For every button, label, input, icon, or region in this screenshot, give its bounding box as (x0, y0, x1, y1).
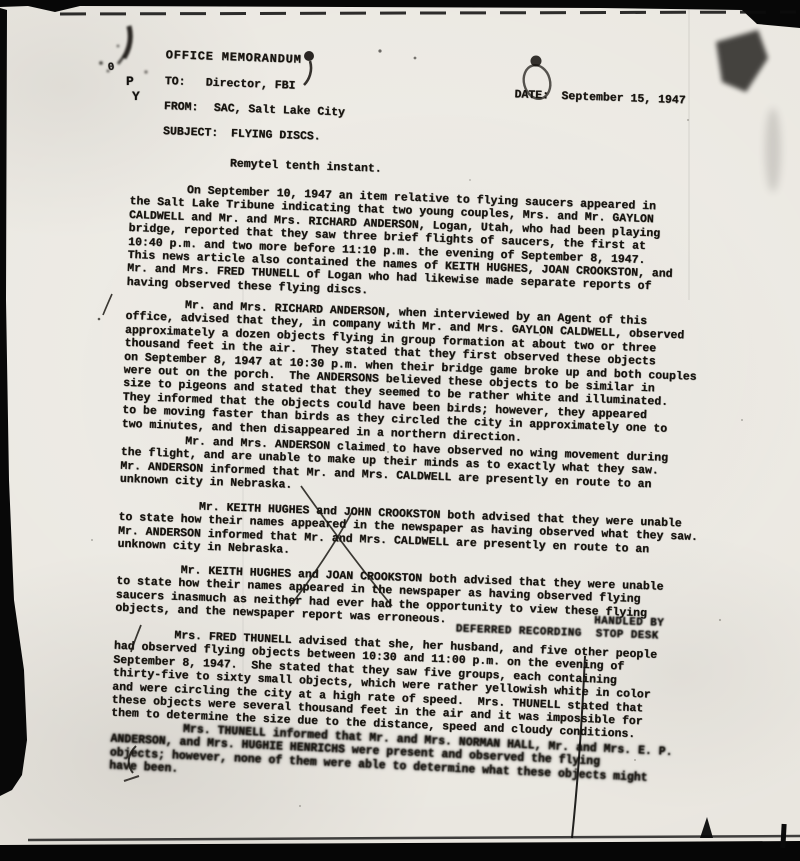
to-value: Director, FBI (206, 76, 296, 93)
date-label: DATE: (514, 88, 549, 103)
fbi-memo-scan: { "page": { "background_color": "#e9e6df… (0, 0, 800, 861)
subject-label: SUBJECT: (163, 125, 219, 140)
memo-paragraph-crossed-out: Mr. KEITH HUGHES and JOHN CROOKSTON both… (117, 498, 698, 572)
date-value: September 15, 1947 (561, 90, 686, 108)
to-label: TO: (165, 75, 186, 89)
reference-line: Remytel tenth instant. (230, 157, 382, 176)
from-value: SAC, Salt Lake City (214, 102, 346, 120)
copy-stamp-letter: Y (132, 89, 140, 104)
from-label: FROM: (164, 100, 199, 115)
copy-stamp-letter: 0 (107, 62, 115, 75)
memo-paragraph: Mr. KEITH HUGHES and JOAN CROOKSTON both… (115, 562, 664, 635)
memo-title: OFFICE MEMORANDUM (165, 49, 301, 67)
copy-stamp-letter: P (126, 74, 134, 89)
subject-value: FLYING DISCS. (231, 127, 321, 144)
memo-paragraph: Mr. and Mrs. RICHARD ANDERSON, when inte… (122, 297, 699, 451)
memo-paragraph: On September 10, 1947 an item relative t… (127, 182, 676, 308)
memo-content: OFFICE MEMORANDUM TO: Director, FBI DATE… (108, 46, 774, 838)
